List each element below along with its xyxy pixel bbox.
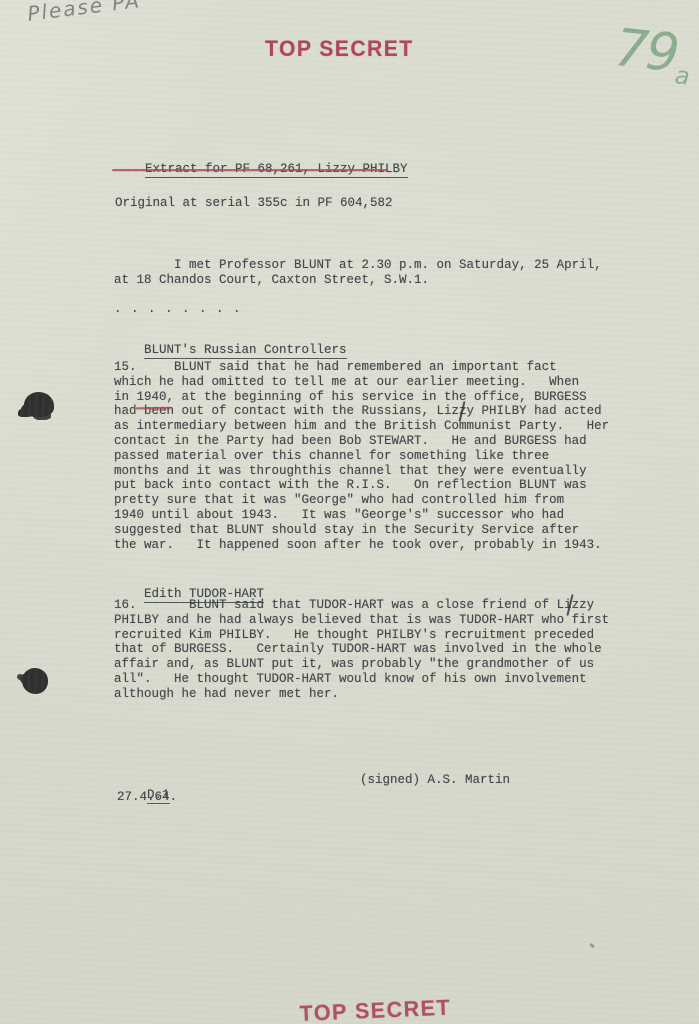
folio-main: 79 <box>612 18 680 84</box>
green-speck <box>589 942 596 948</box>
top-secret-stamp-top: TOP SECRET <box>265 36 414 62</box>
paragraph-16: 16. BLUNT said that TUDOR-HART was a clo… <box>114 598 609 702</box>
signature-date: 27.4.64. <box>117 790 177 805</box>
folio-suffix: a <box>674 61 692 90</box>
separator-dots: . . . . . . . . <box>114 302 242 317</box>
section-heading-text: BLUNT's Russian Controllers <box>144 343 347 359</box>
intro-paragraph: I met Professor BLUNT at 2.30 p.m. on Sa… <box>114 258 602 288</box>
serial-line: Original at serial 355c in PF 604,582 <box>115 196 393 211</box>
ink-blot-top <box>24 392 54 417</box>
top-secret-stamp-bottom: TOP SECRET <box>299 995 452 1024</box>
handwritten-note: Please PA <box>26 0 142 26</box>
signature-name: (signed) A.S. Martin <box>360 773 510 788</box>
document-page: Please PA TOP SECRET 79a Extract for PF … <box>0 0 699 1024</box>
folio-number: 79a <box>612 18 695 91</box>
paragraph-15: 15. BLUNT said that he had remembered an… <box>114 360 609 552</box>
ink-blot-bottom <box>22 668 48 694</box>
